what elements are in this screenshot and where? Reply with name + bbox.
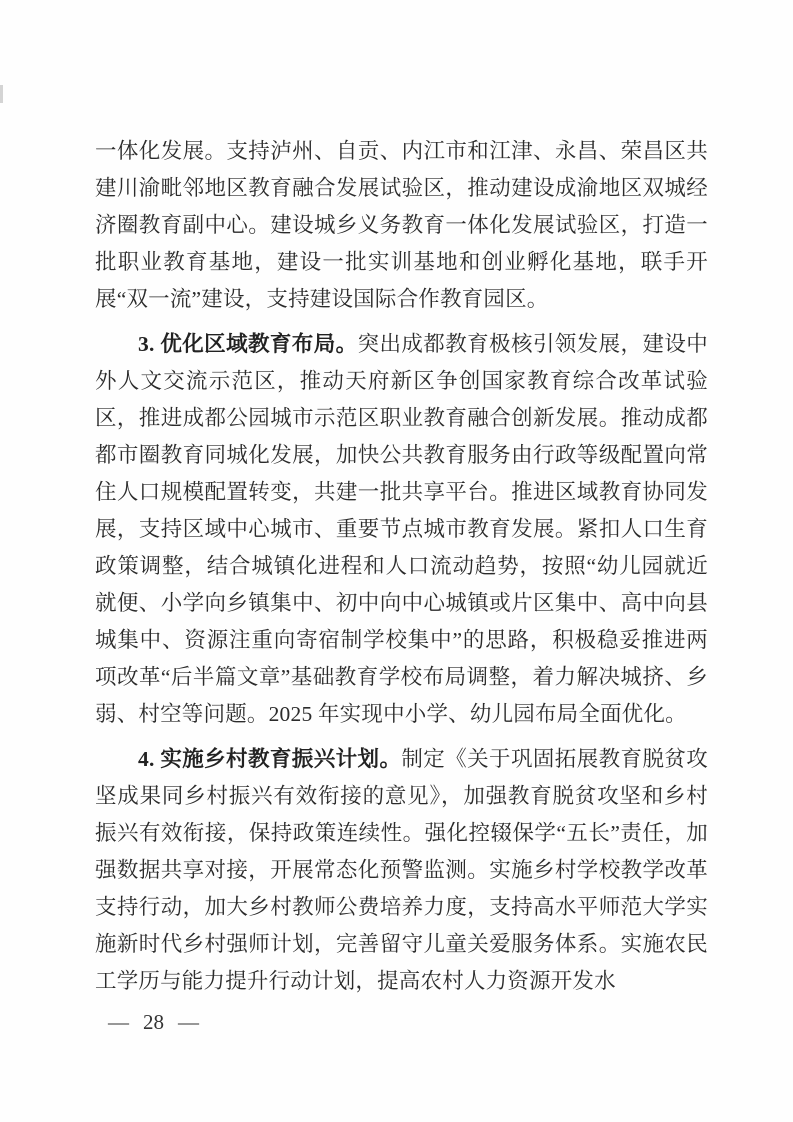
paragraph-text: 制定《关于巩固拓展教育脱贫攻坚成果同乡村振兴有效衔接的意见》，加强教育脱贫攻坚和… — [95, 747, 708, 993]
paragraph-item-3: 3. 优化区域教育布局。突出成都教育极核引领发展，建设中外人文交流示范区，推动天… — [95, 326, 708, 733]
item-4-heading: 4. 实施乡村教育振兴计划。 — [138, 747, 401, 771]
footer-left-dash: — — [108, 1010, 129, 1035]
paragraph-continuation: 一体化发展。支持泸州、自贡、内江市和江津、永昌、荣昌区共建川渝毗邻地区教育融合发… — [95, 133, 708, 318]
paragraph-text: 一体化发展。支持泸州、自贡、内江市和江津、永昌、荣昌区共建川渝毗邻地区教育融合发… — [95, 139, 708, 311]
page-footer: — 28 — — [108, 1010, 199, 1035]
footer-right-dash: — — [178, 1010, 199, 1035]
document-page: 一体化发展。支持泸州、自贡、内江市和江津、永昌、荣昌区共建川渝毗邻地区教育融合发… — [0, 0, 793, 1122]
scan-edge-artifact — [0, 85, 3, 103]
paragraph-text: 突出成都教育极核引领发展，建设中外人文交流示范区，推动天府新区争创国家教育综合改… — [95, 332, 708, 726]
page-number: 28 — [143, 1010, 164, 1035]
document-body: 一体化发展。支持泸州、自贡、内江市和江津、永昌、荣昌区共建川渝毗邻地区教育融合发… — [95, 133, 708, 1008]
paragraph-item-4: 4. 实施乡村教育振兴计划。制定《关于巩固拓展教育脱贫攻坚成果同乡村振兴有效衔接… — [95, 741, 708, 1000]
item-3-heading: 3. 优化区域教育布局。 — [138, 332, 358, 356]
